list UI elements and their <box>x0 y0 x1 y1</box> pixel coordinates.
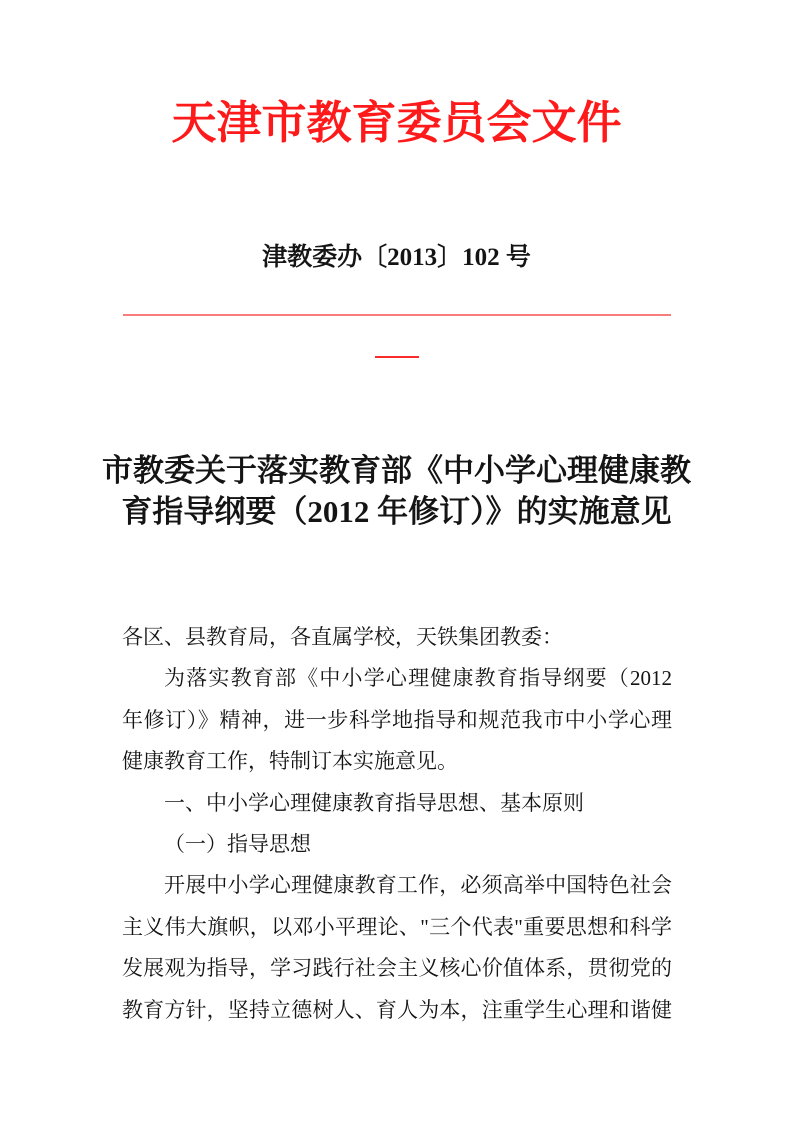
document-header-title: 天津市教育委员会文件 <box>0 96 793 150</box>
body-line: 年修订）》精神，进一步科学地指导和规范我市中小学心理 <box>122 700 672 741</box>
body-line: 开展中小学心理健康教育工作，必须高举中国特色社会 <box>122 865 672 906</box>
document-title-line1: 市教委关于落实教育部《中小学心理健康教 <box>40 450 753 491</box>
body-line: 发展观为指导，学习践行社会主义核心价值体系，贯彻党的 <box>122 948 672 989</box>
document-title-line2: 育指导纲要（2012 年修订）》的实施意见 <box>40 491 753 532</box>
body-line: 一、中小学心理健康教育指导思想、基本原则 <box>122 783 672 824</box>
body-line: 为落实教育部《中小学心理健康教育指导纲要（2012 <box>122 658 672 699</box>
document-body: 各区、县教育局，各直属学校，天铁集团教委：为落实教育部《中小学心理健康教育指导纲… <box>122 617 672 1031</box>
document-number: 津教委办〔2013〕102 号 <box>0 241 793 275</box>
document-page: 天津市教育委员会文件 津教委办〔2013〕102 号 市教委关于落实教育部《中小… <box>0 0 793 1122</box>
document-title: 市教委关于落实教育部《中小学心理健康教 育指导纲要（2012 年修订）》的实施意… <box>40 450 753 532</box>
body-line: 健康教育工作，特制订本实施意见。 <box>122 741 672 782</box>
red-separator-line <box>123 314 671 316</box>
body-line: 各区、县教育局，各直属学校，天铁集团教委： <box>122 617 672 658</box>
red-separator-dash <box>375 356 419 358</box>
body-line: 主义伟大旗帜，以邓小平理论、"三个代表"重要思想和科学 <box>122 907 672 948</box>
body-line: 教育方针，坚持立德树人、育人为本，注重学生心理和谐健 <box>122 990 672 1031</box>
body-line: （一）指导思想 <box>122 824 672 865</box>
